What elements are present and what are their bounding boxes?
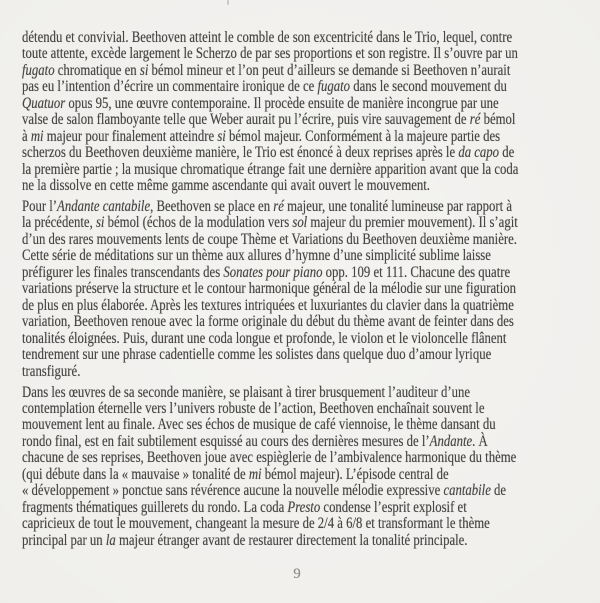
scan-artifact-mark — [227, 0, 229, 5]
paragraph-andante-cantabile: Pour l’Andante cantabile, Beethoven se p… — [22, 199, 593, 380]
text-column: détendu et convivial. Beethoven atteint … — [22, 30, 593, 554]
paragraph-trio-scherzo: détendu et convivial. Beethoven atteint … — [22, 30, 593, 195]
paragraph-rondo-finale: Dans les œuvres de sa seconde manière, s… — [22, 385, 593, 550]
page-number: 9 — [0, 566, 594, 582]
booklet-page: détendu et convivial. Beethoven atteint … — [0, 0, 600, 603]
